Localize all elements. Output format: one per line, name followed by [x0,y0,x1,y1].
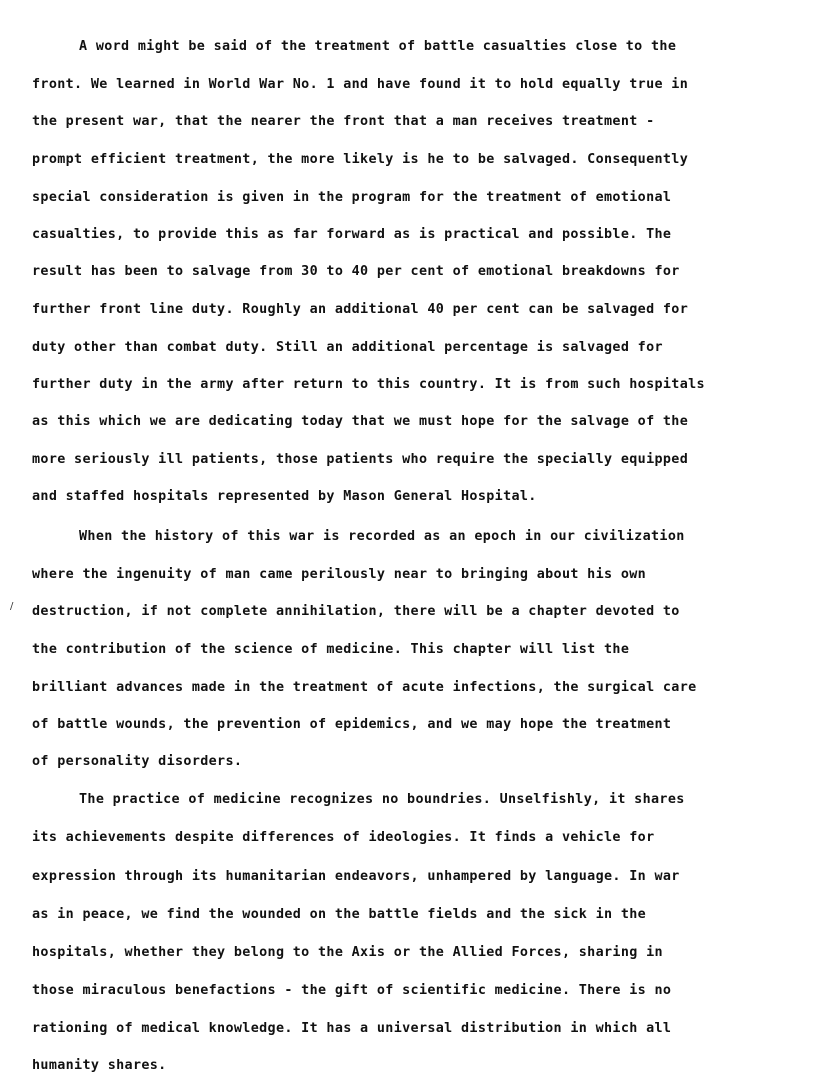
text-line: as in peace, we find the wounded on the … [32,906,646,924]
text-line: humanity shares. [32,1057,167,1075]
typewritten-page: A word might be said of the treatment of… [0,0,828,1092]
text-line: expression through its humanitarian ende… [32,868,680,886]
text-line: as this which we are dedicating today th… [32,413,688,431]
text-line: prompt efficient treatment, the more lik… [32,151,688,169]
text-line: of battle wounds, the prevention of epid… [32,716,671,734]
text-line: the contribution of the science of medic… [32,641,629,659]
text-line: and staffed hospitals represented by Mas… [32,488,537,506]
text-line: result has been to salvage from 30 to 40… [32,263,680,281]
text-line: of personality disorders. [32,753,242,771]
text-line: casualties, to provide this as far forwa… [32,226,671,244]
text-line: front. We learned in World War No. 1 and… [32,76,688,94]
text-line: its achievements despite differences of … [32,829,654,847]
text-line: rationing of medical knowledge. It has a… [32,1020,671,1038]
text-line: those miraculous benefactions - the gift… [32,982,671,1000]
text-line: brilliant advances made in the treatment… [32,679,697,697]
text-line: further front line duty. Roughly an addi… [32,301,688,319]
text-line: When the history of this war is recorded… [79,528,685,546]
scan-speck: / [10,601,13,612]
text-line: hospitals, whether they belong to the Ax… [32,944,663,962]
text-line: A word might be said of the treatment of… [79,38,676,56]
text-line: The practice of medicine recognizes no b… [79,791,685,809]
text-line: the present war, that the nearer the fro… [32,113,654,131]
text-line: destruction, if not complete annihilatio… [32,603,680,621]
text-line: duty other than combat duty. Still an ad… [32,339,663,357]
text-line: special consideration is given in the pr… [32,189,671,207]
text-line: where the ingenuity of man came perilous… [32,566,646,584]
text-line: more seriously ill patients, those patie… [32,451,688,469]
text-line: further duty in the army after return to… [32,376,705,394]
